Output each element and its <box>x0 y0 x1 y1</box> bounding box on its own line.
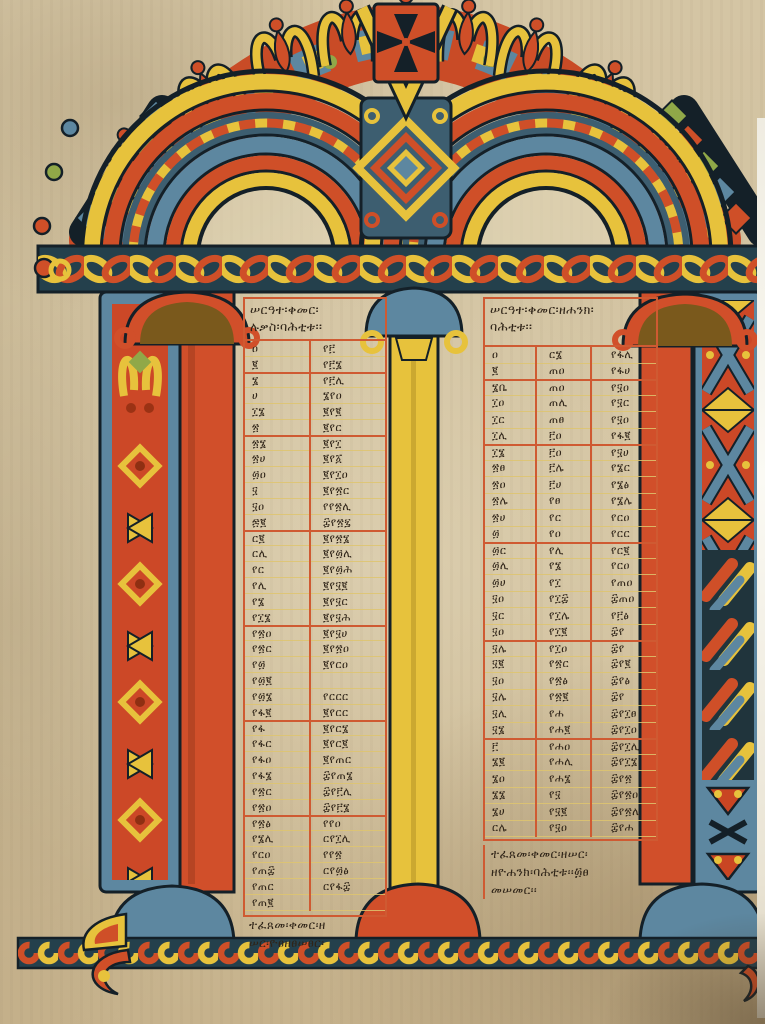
table-row: የ፲፮፪የ፶ሕ <box>245 610 385 626</box>
table-cell: ፪የር፮ <box>316 722 385 736</box>
left-table-rows: ዐየ፫፪የ፫፮፮የ፫ሊሀ፮የዐ፲፮፪የ፪፳፪የር፳፮፪የ፲፳ሀ፪የ፩፴ዐ፪የ፲ዐ… <box>245 341 385 911</box>
table-cell: ፪የ፪ <box>316 405 385 419</box>
table-cell: ፮ሀ <box>485 805 542 819</box>
table-cell: ፪የር <box>316 421 385 435</box>
table-cell: ፰የ <box>604 690 656 704</box>
table-cell: ጠሊ <box>542 396 604 410</box>
table-row: ፫የሐዐ፰የ፲ሊ <box>485 738 656 755</box>
table-cell: የፋዐ <box>245 753 316 767</box>
left-table-title-line1: ሠርዓተ፡ቀመር፡ <box>250 301 385 318</box>
table-cell: ፰የ፪ <box>604 657 656 671</box>
table-cell: የ፶ር <box>604 396 656 410</box>
table-cell: የርዐ <box>604 559 656 573</box>
left-table-column-divider <box>309 341 311 911</box>
table-cell: ር፪ <box>245 532 316 546</box>
left-pilaster <box>100 292 180 892</box>
table-cell: ፳ሀ <box>485 511 542 525</box>
table-row: ፴ሊየ፮የርዐ <box>485 559 656 576</box>
table-row: ፮፪የሐሊ፰የ፲፮ <box>485 755 656 772</box>
table-cell: ፪የ፶ር <box>316 595 385 609</box>
table-row: ዐር፮የፋሊ <box>485 347 656 364</box>
table-cell: የ፮ሊ <box>245 832 316 846</box>
table-cell: ፰የ፲ፀ <box>604 707 656 721</box>
table-cell: የ፲፰ <box>542 592 604 606</box>
table-row: ፳ሀየርየርዐ <box>485 510 656 527</box>
right-colophon-line1: ተፈጸመ፡ቀመር፡ዘሠር፡ <box>491 845 589 863</box>
table-cell: የ፳ር <box>245 642 316 656</box>
manuscript-page: ሠርዓተ፡ቀመር፡ ሉቃስ፡ባሕቲቱ፡፡ ዐየ፫፪የ፫፮፮የ፫ሊሀ፮የዐ፲፮፪የ… <box>0 0 765 1024</box>
table-row: ዐየ፫ <box>245 341 385 357</box>
table-cell: ዐ <box>245 342 316 356</box>
table-row: ፮ቤጠዐየ፶ዐ <box>485 379 656 396</box>
table-cell: የ፳ር <box>542 657 604 671</box>
table-cell: የ፫፮ <box>316 358 385 372</box>
right-table-title: ሠርዓተ፡ቀመር፡ዘሐንክ፡ ባሕቲቱ፡፡ <box>485 299 656 347</box>
table-cell: ርየፋ፰ <box>316 880 385 894</box>
photo-edge-strip <box>757 118 765 1018</box>
table-row: ፮፮የ፶፰የ፳ዐ <box>485 788 656 805</box>
table-cell: የ፶ዐ <box>542 821 604 835</box>
table-cell: ፰የ <box>604 642 656 656</box>
table-cell: ፶ሌ <box>485 642 542 656</box>
table-row: ርሊ፪የ፴ሊ <box>245 546 385 562</box>
table-cell: ፶ሌ <box>485 690 542 704</box>
left-base <box>110 886 234 942</box>
table-row: የ፴፪የርዐ <box>245 657 385 673</box>
table-cell: የጠ፪ <box>245 896 316 910</box>
table-cell: የዐ <box>542 527 604 541</box>
table-row: የጠ፰ርየ፴ፅ <box>245 863 385 879</box>
table-cell: የርር <box>604 527 656 541</box>
table-cell: ፴ር <box>485 544 542 558</box>
table-cell: ፶፮ <box>485 723 542 737</box>
table-cell: ፪የ፲ዐ <box>316 468 385 482</box>
table-row: ፳ዐ፫ሀየ፮ፅ <box>485 477 656 494</box>
right-colophon-line3: መሠመር፡፡ <box>491 881 589 899</box>
table-cell: የ፲፮ <box>245 611 316 625</box>
table-cell: የ፳፪ <box>542 690 604 704</box>
table-cell: ፪የ፳ር <box>316 484 385 498</box>
table-cell: ጠዐ <box>542 381 604 395</box>
corner-shadow <box>605 914 765 1024</box>
table-cell: ፰ጠዐ <box>604 592 656 606</box>
table-cell: ርየ፲ሊ <box>316 832 385 846</box>
table-cell: የሐ፪ <box>542 723 604 737</box>
table-cell: የሐ <box>542 707 604 721</box>
table-row: ፷፪፰የ፳፯ <box>245 515 385 531</box>
table-cell: የር <box>542 511 604 525</box>
table-row: ፶ሌየ፳፪፰የ <box>485 690 656 707</box>
table-cell: የ፴ <box>245 658 316 672</box>
table-cell: ፶፪ <box>485 657 542 671</box>
center-column-shade <box>411 336 416 884</box>
table-cell: የር፪ <box>604 544 656 558</box>
table-row: ፴ርየሊየር፪ <box>485 542 656 559</box>
table-cell: የፋ <box>245 722 316 736</box>
right-colophon-line2: ዘዮሐንክ፡ባሕቲቱ፡፡፴ፀ <box>491 863 589 881</box>
table-cell: ፰የ፳ <box>604 772 656 786</box>
table-cell: የ፶ <box>542 788 604 802</box>
table-cell: የሊ <box>542 544 604 558</box>
table-cell: የየ፳ሊ <box>316 500 385 514</box>
table-cell: ፶ዐ <box>485 592 542 606</box>
table-cell: የ፲ዐ <box>542 642 604 656</box>
left-table-title: ሠርዓተ፡ቀመር፡ ሉቃስ፡ባሕቲቱ፡፡ <box>245 299 385 341</box>
table-row: ፳፪የር <box>245 420 385 436</box>
table-cell: ፪የ፴ሕ <box>316 563 385 577</box>
table-cell: ፮ቤ <box>485 381 542 395</box>
guilloche-frieze <box>35 246 765 292</box>
table-cell: ርሌ <box>485 821 542 835</box>
table-cell: የርዐ <box>245 848 316 862</box>
table-row: ፮ሀየ፶፪፰የ፳ሊ <box>485 804 656 821</box>
table-cell: ፰የ፫፮ <box>316 801 385 815</box>
table-row: የ፳ር፰የ፫ሊ <box>245 784 385 800</box>
table-cell: ፴ሀ <box>485 576 542 590</box>
table-cell: የ፳ፅ <box>245 817 316 831</box>
table-cell: የ፳ር <box>245 785 316 799</box>
table-cell: የ፫ፅ <box>604 609 656 623</box>
table-cell: ፪ <box>245 358 316 372</box>
table-row: ፮ዐየሐ፮፰የ፳ <box>485 771 656 788</box>
table-cell: ፷፪ <box>245 516 316 530</box>
table-cell: ፫ሀ <box>542 478 604 492</box>
right-table-colophon: ተፈጸመ፡ቀመር፡ዘሠር፡ ዘዮሐንክ፡ባሕቲቱ፡፡፴ፀ መሠመር፡፡ <box>483 845 589 899</box>
table-cell: የ፶ሀ <box>604 446 656 460</box>
table-cell: የ፲ሌ <box>542 609 604 623</box>
table-cell: ፲ር <box>485 413 542 427</box>
table-cell: ፰የ፲፮ <box>604 755 656 769</box>
table-cell: ፰የሐ <box>604 821 656 835</box>
table-cell: ፮፪ <box>485 755 542 769</box>
table-cell: ፴ሊ <box>485 559 542 573</box>
table-cell: ጠዐ <box>542 364 604 378</box>
table-cell: ፰የ፲ዐ <box>604 723 656 737</box>
table-cell: የፋሊ <box>604 348 656 362</box>
table-cell: የ፮ር <box>604 461 656 475</box>
table-cell: የፋሀ <box>604 364 656 378</box>
table-row: የፋር፪የር፪ <box>245 736 385 752</box>
table-cell: ፲፮ <box>245 405 316 419</box>
table-cell: የፋ፪ <box>604 429 656 443</box>
table-cell: የፋር <box>245 737 316 751</box>
table-row: ፶ዐየ፲፪፰የ <box>485 625 656 642</box>
table-cell: ፳ <box>245 421 316 435</box>
table-cell: ፰የፅ <box>604 674 656 688</box>
table-row: የፋ፪የር፮ <box>245 720 385 736</box>
table-cell: ፪የ፶ሀ <box>316 627 385 641</box>
table-row: ፳፮፪የ፲ <box>245 435 385 451</box>
table-cell: የየዐ <box>316 817 385 831</box>
table-row: ፲፮፫ዐየ፶ሀ <box>485 444 656 461</box>
table-cell: ርሊ <box>245 547 316 561</box>
table-cell: ፮ዐ <box>485 772 542 786</box>
table-cell: የጠር <box>245 880 316 894</box>
table-cell: ፪የርር <box>316 706 385 720</box>
table-cell: ፶ዐ <box>245 500 316 514</box>
table-cell: ፰የ፲ሊ <box>604 740 656 754</box>
table-row: የ፳ዐ፪የ፶ሀ <box>245 625 385 641</box>
table-row: የ፴፪ <box>245 673 385 689</box>
table-cell: ፪ <box>485 364 542 378</box>
table-row: ፶ዐየ፲፰፰ጠዐ <box>485 592 656 609</box>
table-row: ርሌየ፶ዐ፰የሐ <box>485 821 656 838</box>
table-cell: ፶ሊ <box>485 707 542 721</box>
table-cell: የ፴፮ <box>245 690 316 704</box>
table-row: ፳ሌየፀየ፮ሌ <box>485 494 656 511</box>
table-row: የ፮፪የ፶ር <box>245 594 385 610</box>
table-row: የርዐየየ፳ <box>245 847 385 863</box>
table-cell: የ፮ሌ <box>604 494 656 508</box>
table-cell: ፰የ፳፯ <box>316 516 385 530</box>
table-cell: የ፫ <box>316 342 385 356</box>
table-cell: የፀ <box>542 494 604 508</box>
right-table-title-line2: ባሕቲቱ፡፡ <box>490 318 656 335</box>
table-row: ፴የዐየርር <box>485 527 656 544</box>
table-row: ፶ሌየ፲ዐ፰የ <box>485 640 656 657</box>
table-cell: ፮የዐ <box>316 389 385 403</box>
table-cell: ጠፀ <box>542 413 604 427</box>
table-cell: የ፳ዐ <box>245 801 316 815</box>
table-cell: ፳ዐ <box>485 478 542 492</box>
right-canon-table: ሠርዓተ፡ቀመር፡ዘሐንክ፡ ባሕቲቱ፡፡ ዐር፮የፋሊ፪ጠዐየፋሀ፮ቤጠዐየ፶… <box>483 297 658 841</box>
table-cell: የ፶፪ <box>542 805 604 819</box>
table-cell: የ፲ <box>542 576 604 590</box>
table-row: ፲ርጠፀየ፶ዐ <box>485 412 656 429</box>
table-cell: ፪የር፪ <box>316 737 385 751</box>
table-cell: ፫ሌ <box>542 461 604 475</box>
table-row: ፶፪የ፳ር <box>245 483 385 499</box>
table-cell: ፰የ፳ዐ <box>604 788 656 802</box>
table-cell: የ፶ዐ <box>604 381 656 395</box>
table-cell: የፋ፮ <box>245 769 316 783</box>
left-table-colophon: ተፈጸመ፡ቀመር፡ዘ ሠር፡ዮፀዘፀሠፀር፡ <box>249 916 326 952</box>
table-cell: ፫ <box>485 740 542 754</box>
table-cell: ፳፮ <box>245 437 316 451</box>
table-cell: ፰የ፳ሊ <box>604 805 656 819</box>
table-cell: ርየ፴ፅ <box>316 864 385 878</box>
table-cell: የ፳ፅ <box>542 674 604 688</box>
table-cell: ፰የ፫ሊ <box>316 785 385 799</box>
table-cell: የርርር <box>316 690 385 704</box>
table-cell: ፴ዐ <box>245 468 316 482</box>
table-cell: ፪የ፶፪ <box>316 579 385 593</box>
left-colophon-line2: ሠር፡ዮፀዘፀሠፀር፡ <box>249 934 326 952</box>
table-cell: የ፶ዐ <box>604 413 656 427</box>
table-row: የፋዐ፪የጠር <box>245 752 385 768</box>
table-row: ፲ዐጠሊየ፶ር <box>485 396 656 413</box>
left-canon-table: ሠርዓተ፡ቀመር፡ ሉቃስ፡ባሕቲቱ፡፡ ዐየ፫፪የ፫፮፮የ፫ሊሀ፮የዐ፲፮፪የ… <box>243 297 387 917</box>
table-cell: ፶ዐ <box>485 674 542 688</box>
table-row: የ፳ዐ፰የ፫፮ <box>245 800 385 816</box>
table-row: የፋ፮፰የጠ፮ <box>245 768 385 784</box>
table-cell: ሀ <box>245 389 316 403</box>
table-cell: ር፮ <box>542 348 604 362</box>
table-cell: ፳ፀ <box>485 461 542 475</box>
table-row: የር፪የ፴ሕ <box>245 562 385 578</box>
table-row: የ፮ሊርየ፲ሊ <box>245 831 385 847</box>
right-table-title-line1: ሠርዓተ፡ቀመር፡ዘሐንክ፡ <box>490 301 656 318</box>
table-row: ፶ዐየየ፳ሊ <box>245 499 385 515</box>
table-row: ፪ጠዐየፋሀ <box>485 364 656 381</box>
table-cell: ዐ <box>485 348 542 362</box>
table-cell: የሐዐ <box>542 740 604 754</box>
table-cell: ፪የ፳፮ <box>316 532 385 546</box>
table-cell: የ፴፪ <box>245 674 316 688</box>
table-cell: ፪የ፩ <box>316 452 385 466</box>
table-cell: የሐሊ <box>542 755 604 769</box>
left-column-shade <box>188 300 195 884</box>
table-cell: የጠ፰ <box>245 864 316 878</box>
table-row: ፲፮፪የ፪ <box>245 404 385 420</box>
table-cell: ፪የ፳ዐ <box>316 642 385 656</box>
table-row: ሀ፮የዐ <box>245 388 385 404</box>
left-colophon-line1: ተፈጸመ፡ቀመር፡ዘ <box>249 916 326 934</box>
right-table-rows: ዐር፮የፋሊ፪ጠዐየፋሀ፮ቤጠዐየ፶ዐ፲ዐጠሊየ፶ር፲ርጠፀየ፶ዐ፲ሊ፫ዐየፋ፪… <box>485 347 656 837</box>
table-row: ር፪፪የ፳፮ <box>245 530 385 546</box>
table-cell: ፲ሊ <box>485 429 542 443</box>
table-cell: የሊ <box>245 579 316 593</box>
table-cell: ፳ሌ <box>485 494 542 508</box>
table-row: የ፴፮የርርር <box>245 689 385 705</box>
table-row: ፶ሊየሐ፰የ፲ፀ <box>485 706 656 723</box>
table-cell: የየ፳ <box>316 848 385 862</box>
table-cell: ፪የ፴ሊ <box>316 547 385 561</box>
table-row: ፪የ፫፮ <box>245 357 385 373</box>
table-row: ፶፪የ፳ር፰የ፪ <box>485 657 656 674</box>
table-cell: የ፫ሊ <box>316 374 385 388</box>
right-table-column-divider-2 <box>590 347 592 837</box>
table-row: የሊ፪የ፶፪ <box>245 578 385 594</box>
left-table-title-line2: ሉቃስ፡ባሕቲቱ፡፡ <box>250 318 385 335</box>
table-cell: ፶ዐ <box>485 625 542 639</box>
table-cell: ፪የ፶ሕ <box>316 611 385 625</box>
table-cell: ፪የርዐ <box>316 658 385 672</box>
table-cell: የጠዐ <box>604 576 656 590</box>
table-row: የፋ፪፪የርር <box>245 705 385 721</box>
table-row: የ፳ር፪የ፳ዐ <box>245 641 385 657</box>
table-cell: ፫ዐ <box>542 446 604 460</box>
table-cell: የ፮ <box>245 595 316 609</box>
table-row: የ፳ፅየየዐ <box>245 815 385 831</box>
table-cell: ፳ሀ <box>245 452 316 466</box>
table-row: ፶ዐየ፳ፅ፰የፅ <box>485 673 656 690</box>
table-cell: ፮ <box>245 374 316 388</box>
table-cell: የ፮ <box>542 559 604 573</box>
table-row: ፶፮የሐ፪፰የ፲ዐ <box>485 723 656 740</box>
table-cell: የ፲፪ <box>542 625 604 639</box>
maltese-cross-finial <box>362 0 450 102</box>
table-cell: የ፳ዐ <box>245 627 316 641</box>
table-row: የጠ፪ <box>245 895 385 911</box>
table-cell: ፲፮ <box>485 446 542 460</box>
table-row: ፴ሀየ፲የጠዐ <box>485 575 656 592</box>
right-pilaster <box>694 292 762 892</box>
table-cell: ፴ <box>485 527 542 541</box>
table-cell: ፰የ <box>604 625 656 639</box>
table-row: ፳ፀ፫ሌየ፮ር <box>485 461 656 478</box>
table-row: ፳ሀ፪የ፩ <box>245 451 385 467</box>
table-row: ፮የ፫ሊ <box>245 372 385 388</box>
table-row: ፴ዐ፪የ፲ዐ <box>245 467 385 483</box>
table-cell: ፶ር <box>485 609 542 623</box>
table-cell: ፲ዐ <box>485 396 542 410</box>
table-cell: የርዐ <box>604 511 656 525</box>
table-cell: ፪የጠር <box>316 753 385 767</box>
table-cell: ፪የ፲ <box>316 437 385 451</box>
table-row: ፲ሊ፫ዐየፋ፪ <box>485 429 656 446</box>
table-cell: ፰የጠ፮ <box>316 769 385 783</box>
table-cell: ፫ዐ <box>542 429 604 443</box>
table-cell: የሐ፮ <box>542 772 604 786</box>
table-cell: ፮፮ <box>485 788 542 802</box>
table-row: የጠርርየፋ፰ <box>245 879 385 895</box>
table-cell: የ፮ፅ <box>604 478 656 492</box>
table-row: ፶ርየ፲ሌየ፫ፅ <box>485 608 656 625</box>
table-cell: ፶ <box>245 484 316 498</box>
right-table-column-divider-1 <box>535 347 537 837</box>
table-cell: የር <box>245 563 316 577</box>
table-cell: የፋ፪ <box>245 706 316 720</box>
